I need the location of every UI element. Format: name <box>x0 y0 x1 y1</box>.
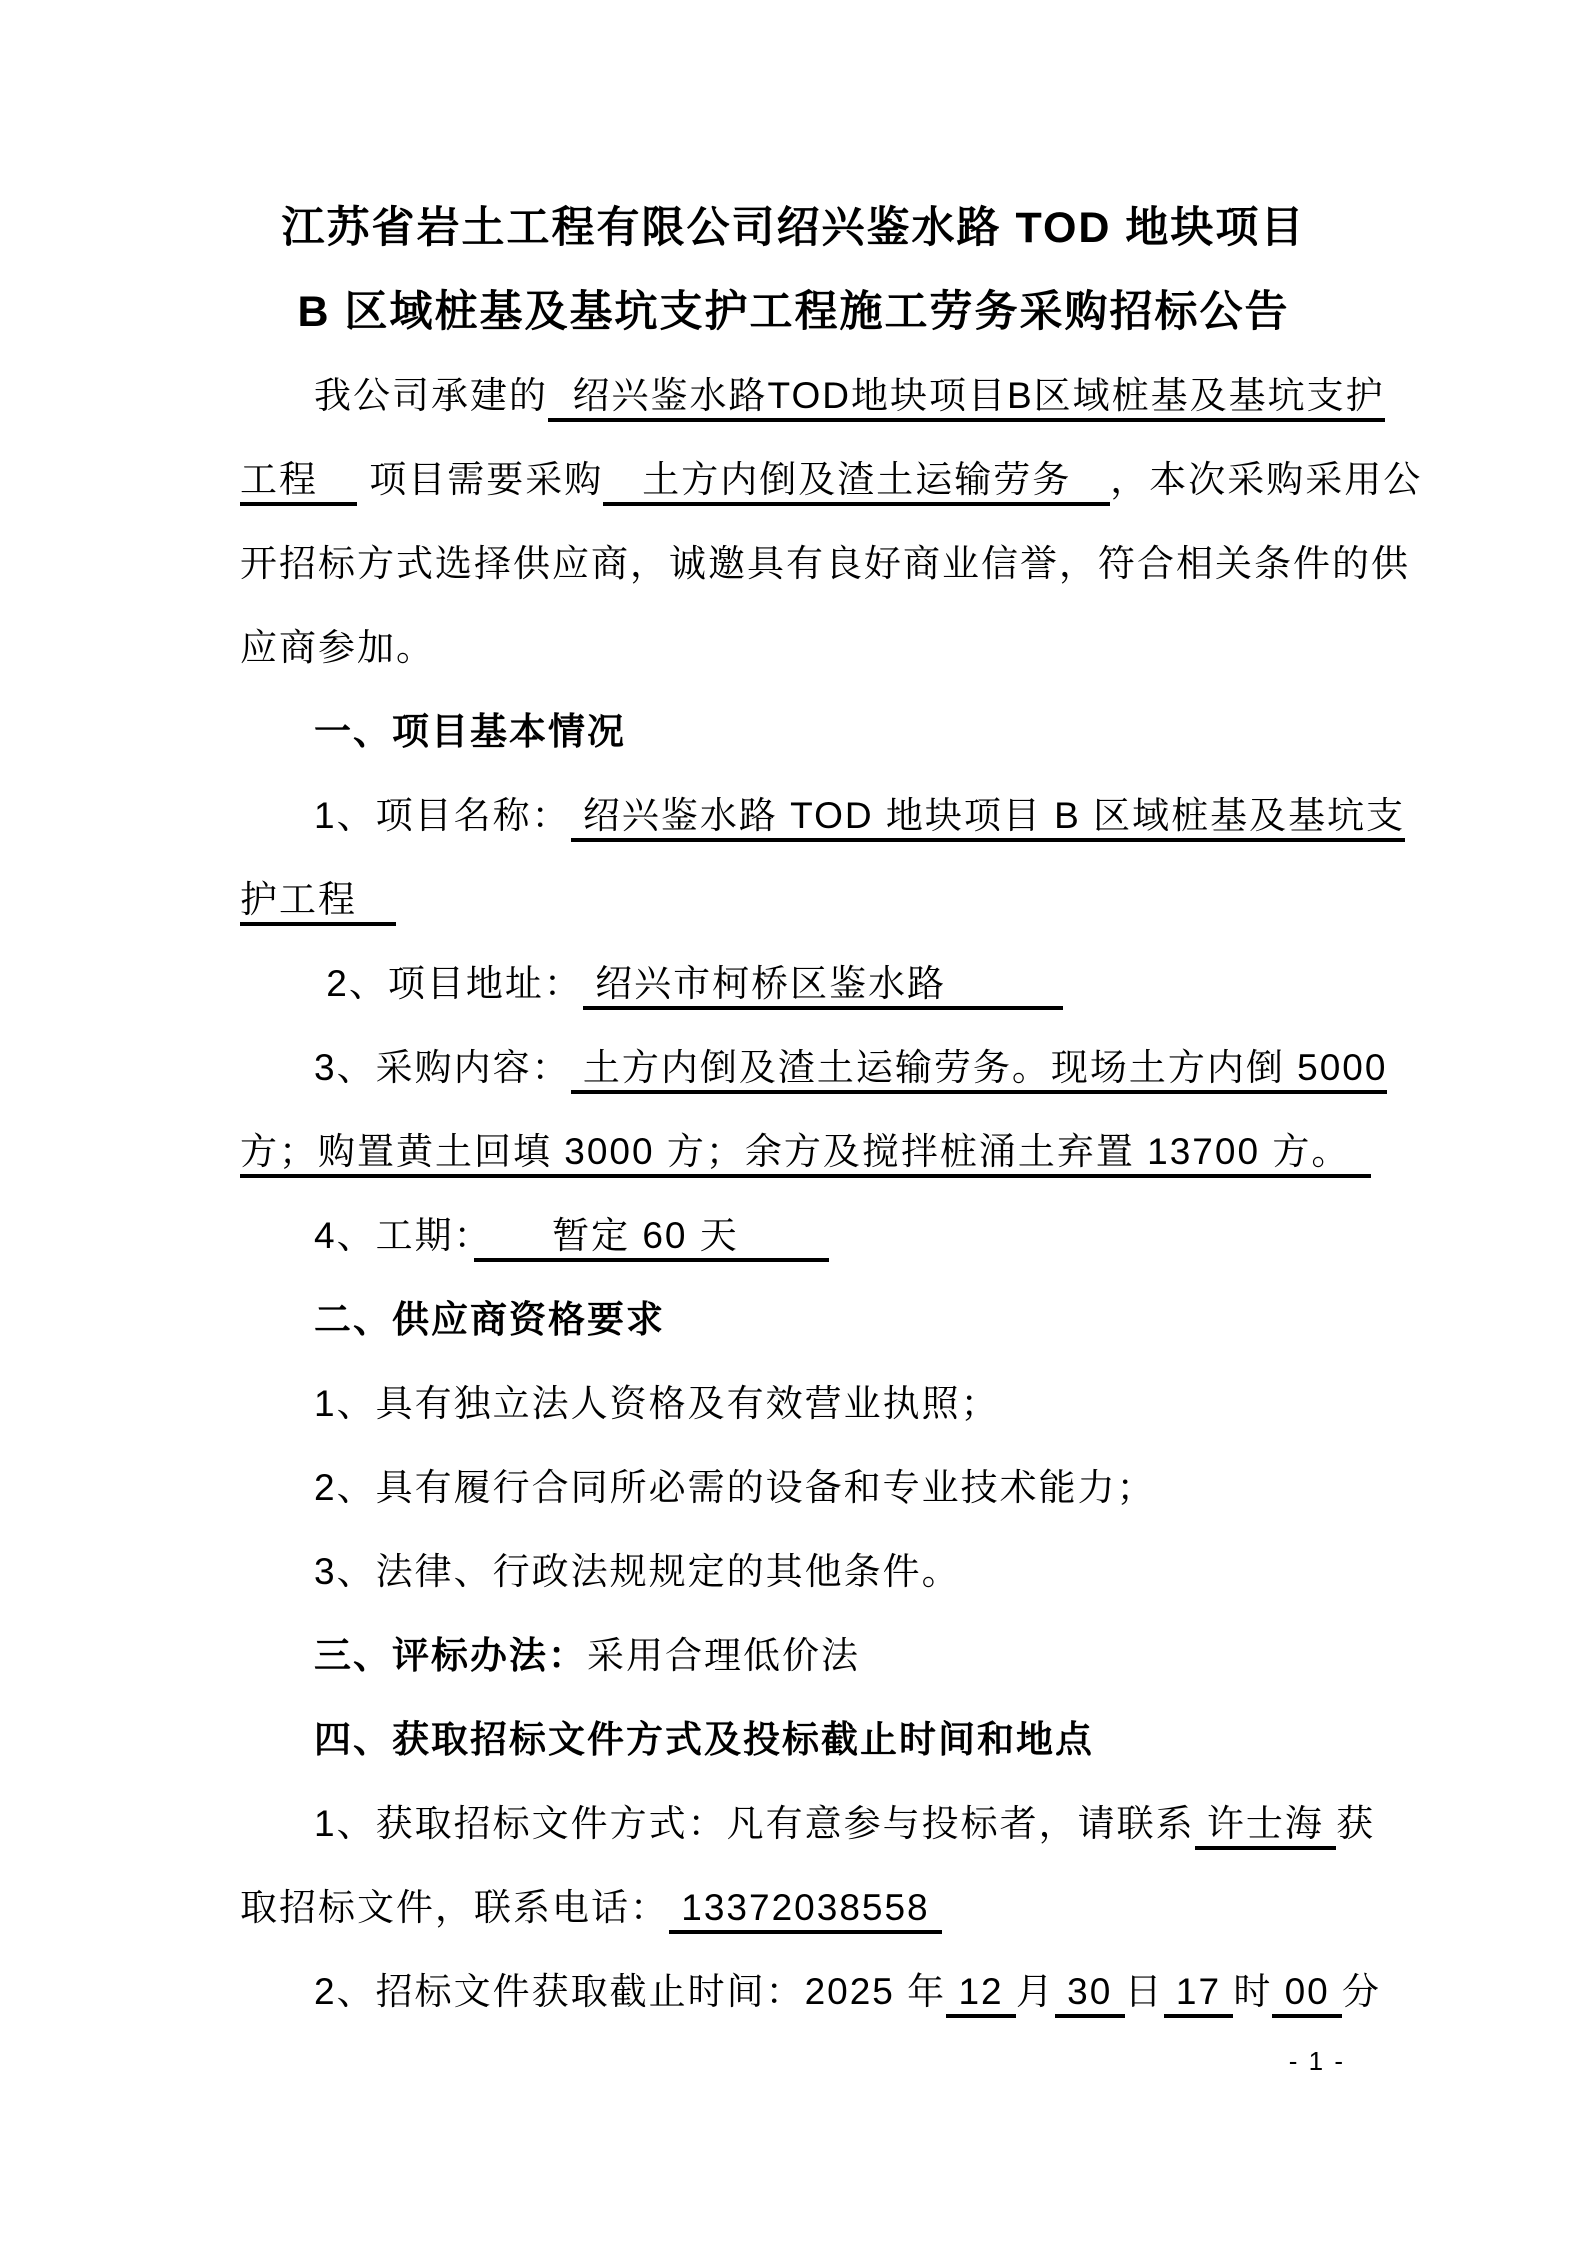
text-segment: 3、法律、行政法规规定的其他条件。 <box>314 1551 961 1592</box>
text-line: 工程 项目需要采购 土方内倒及渣土运输劳务 ，本次采购采用公 <box>240 438 1347 522</box>
text-segment: 取招标文件，联系电话： <box>240 1887 669 1928</box>
text-segment: 1、具有独立法人资格及有效营业执照； <box>314 1383 1000 1424</box>
text-line: 我公司承建的 绍兴鉴水路TOD地块项目B区域桩基及基坑支护 <box>240 354 1347 438</box>
text-line: 四、获取招标文件方式及投标截止时间和地点 <box>240 1698 1347 1782</box>
text-line: 3、法律、行政法规规定的其他条件。 <box>240 1530 1347 1614</box>
underlined-fill-in-text: 绍兴市柯桥区鉴水路 <box>583 963 1063 1010</box>
text-segment: 2、招标文件获取截止时间：2025 年 <box>314 1971 946 2012</box>
text-segment: 二、供应商资格要求 <box>314 1299 665 1340</box>
text-line: 护工程 <box>240 858 1347 942</box>
text-segment: 三、评标办法： <box>314 1635 587 1676</box>
document-body: 我公司承建的 绍兴鉴水路TOD地块项目B区域桩基及基坑支护工程 项目需要采购 土… <box>240 354 1347 2034</box>
text-segment: 采用合理低价法 <box>587 1635 860 1676</box>
document-page: 江苏省岩土工程有限公司绍兴鉴水路 TOD 地块项目 B 区域桩基及基坑支护工程施… <box>0 0 1587 2245</box>
underlined-fill-in-text: 方；购置黄土回填 3000 方；余方及搅拌桩涌土弃置 13700 方。 <box>240 1131 1371 1178</box>
underlined-fill-in-text: 绍兴鉴水路TOD地块项目B区域桩基及基坑支护 <box>548 375 1385 422</box>
document-content: 江苏省岩土工程有限公司绍兴鉴水路 TOD 地块项目 B 区域桩基及基坑支护工程施… <box>0 0 1587 2034</box>
text-line: 2、项目地址： 绍兴市柯桥区鉴水路 <box>240 942 1347 1026</box>
underlined-fill-in-text: 许士海 <box>1195 1803 1337 1850</box>
document-title-line-2: B 区域桩基及基坑支护工程施工劳务采购招标公告 <box>240 270 1347 354</box>
text-line: 1、具有独立法人资格及有效营业执照； <box>240 1362 1347 1446</box>
text-line: 一、项目基本情况 <box>240 690 1347 774</box>
text-segment: 1、项目名称： <box>314 795 571 836</box>
underlined-fill-in-text: 17 <box>1164 1971 1234 2018</box>
text-line: 方；购置黄土回填 3000 方；余方及搅拌桩涌土弃置 13700 方。 <box>240 1110 1347 1194</box>
text-line: 二、供应商资格要求 <box>240 1278 1347 1362</box>
text-line: 4、工期： 暂定 60 天 <box>240 1194 1347 1278</box>
text-segment: 应商参加。 <box>240 627 435 668</box>
underlined-fill-in-text: 00 <box>1272 1971 1342 2018</box>
text-segment: ，本次采购采用公 <box>1110 459 1422 500</box>
underlined-fill-in-text: 土方内倒及渣土运输劳务。现场土方内倒 5000 <box>571 1047 1388 1094</box>
underlined-fill-in-text: 暂定 60 天 <box>474 1215 829 1262</box>
underlined-fill-in-text: 工程 <box>240 459 357 506</box>
text-segment: 项目需要采购 <box>357 459 603 500</box>
text-segment: 四、获取招标文件方式及投标截止时间和地点 <box>314 1719 1094 1760</box>
text-segment: 1、获取招标文件方式：凡有意参与投标者，请联系 <box>314 1803 1195 1844</box>
text-segment: 3、采购内容： <box>314 1047 571 1088</box>
text-line: 开招标方式选择供应商，诚邀具有良好商业信誉，符合相关条件的供 <box>240 522 1347 606</box>
underlined-fill-in-text: 12 <box>946 1971 1016 2018</box>
underlined-fill-in-text: 绍兴鉴水路 TOD 地块项目 B 区域桩基及基坑支 <box>571 795 1406 842</box>
underlined-fill-in-text: 土方内倒及渣土运输劳务 <box>603 459 1110 506</box>
text-segment: 日 <box>1125 1971 1164 2012</box>
text-segment: 分 <box>1342 1971 1381 2012</box>
text-segment: 我公司承建的 <box>314 375 548 416</box>
text-segment: 月 <box>1016 1971 1055 2012</box>
underlined-fill-in-text: 13372038558 <box>669 1887 942 1934</box>
underlined-fill-in-text: 30 <box>1055 1971 1125 2018</box>
text-segment: 开招标方式选择供应商，诚邀具有良好商业信誉，符合相关条件的供 <box>240 543 1410 584</box>
text-line: 1、项目名称： 绍兴鉴水路 TOD 地块项目 B 区域桩基及基坑支 <box>240 774 1347 858</box>
text-line: 3、采购内容： 土方内倒及渣土运输劳务。现场土方内倒 5000 <box>240 1026 1347 1110</box>
text-segment: 2、具有履行合同所必需的设备和专业技术能力； <box>314 1467 1156 1508</box>
text-line: 2、招标文件获取截止时间：2025 年 12 月 30 日 17 时 00 分 <box>240 1950 1347 2034</box>
page-number: - 1 - <box>1289 2046 1345 2076</box>
text-line: 三、评标办法：采用合理低价法 <box>240 1614 1347 1698</box>
text-line: 1、获取招标文件方式：凡有意参与投标者，请联系 许士海 获 <box>240 1782 1347 1866</box>
text-segment: 2、项目地址： <box>314 963 583 1004</box>
text-line: 取招标文件，联系电话： 13372038558 <box>240 1866 1347 1950</box>
text-segment: 时 <box>1233 1971 1272 2012</box>
text-segment: 一、项目基本情况 <box>314 711 626 752</box>
underlined-fill-in-text: 护工程 <box>240 879 396 926</box>
text-segment: 获 <box>1336 1803 1375 1844</box>
text-line: 2、具有履行合同所必需的设备和专业技术能力； <box>240 1446 1347 1530</box>
text-segment: 4、工期： <box>314 1215 474 1256</box>
text-line: 应商参加。 <box>240 606 1347 690</box>
document-title-line-1: 江苏省岩土工程有限公司绍兴鉴水路 TOD 地块项目 <box>240 186 1347 270</box>
